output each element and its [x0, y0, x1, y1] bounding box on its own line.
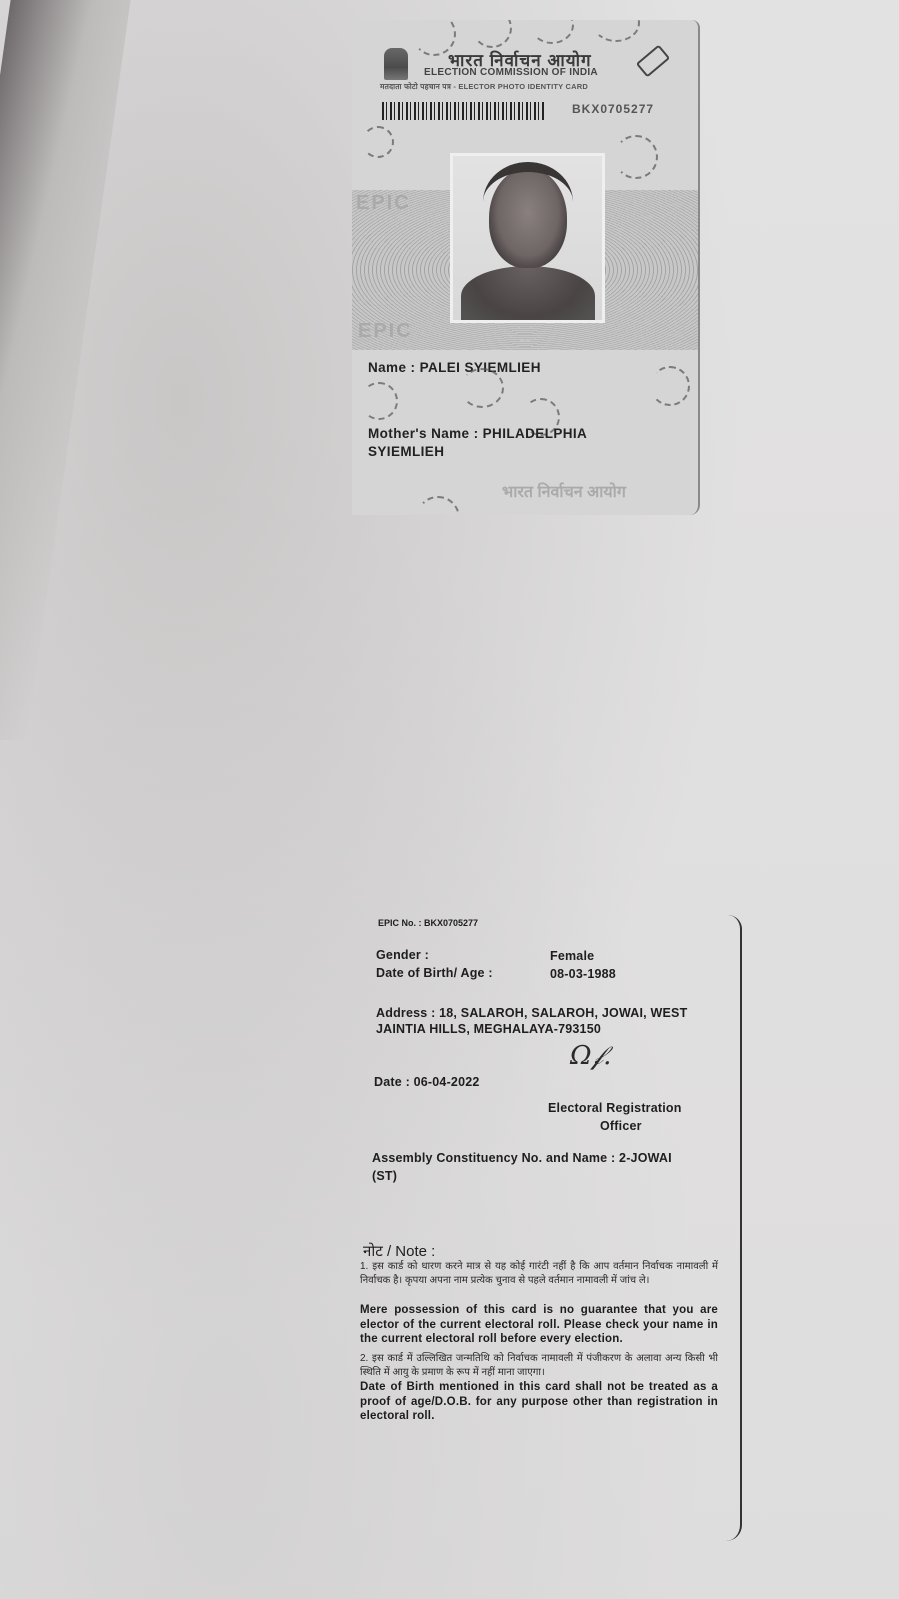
swirl-decoration	[360, 382, 398, 420]
note-title: नोट / Note :	[363, 1241, 435, 1261]
epic-watermark: EPIC	[358, 320, 413, 343]
swirl-decoration	[650, 366, 690, 406]
officer-signature: Ω𝒻.	[570, 1041, 611, 1072]
barcode	[382, 102, 546, 120]
dob-value: 08-03-1988	[550, 967, 616, 981]
gender-value: Female	[550, 949, 594, 963]
constituency-line-2: (ST)	[372, 1169, 397, 1183]
mother-name-value-line2: SYIEMLIEH	[368, 444, 444, 459]
note-2-hindi: 2. इस कार्ड में उल्लिखित जन्मतिथि को निर…	[360, 1352, 718, 1380]
name-label: Name :	[368, 360, 415, 375]
epic-card-front: भारत निर्वाचन आयोग ELECTION COMMISSION O…	[352, 20, 700, 515]
swirl-decoration	[460, 368, 504, 408]
card-subtitle: मतदाता फोटो पहचान पत्र - ELECTOR PHOTO I…	[380, 82, 588, 92]
evm-logo-icon	[636, 44, 671, 77]
national-emblem-icon	[384, 48, 408, 80]
org-name-english: ELECTION COMMISSION OF INDIA	[424, 67, 598, 78]
issue-date: Date : 06-04-2022	[374, 1075, 480, 1089]
name-field: Name : PALEI SYIEMLIEH	[368, 360, 541, 375]
swirl-decoration	[614, 135, 658, 179]
constituency-line-1: Assembly Constituency No. and Name : 2-J…	[372, 1151, 672, 1165]
mother-name-label: Mother's Name :	[368, 426, 478, 441]
gender-label: Gender :	[376, 948, 429, 962]
address-line-2: JAINTIA HILLS, MEGHALAYA-793150	[376, 1022, 601, 1036]
mother-name-field: Mother's Name : PHILADELPHIA	[368, 426, 587, 441]
swirl-decoration	[472, 20, 512, 48]
epic-number-front: BKX0705277	[572, 102, 654, 116]
officer-title-line2: Officer	[600, 1119, 642, 1133]
mother-name-value-line1: PHILADELPHIA	[483, 426, 588, 441]
swirl-decoration	[362, 126, 394, 158]
hindi-watermark: भारत निर्वाचन आयोग	[502, 480, 626, 502]
officer-title-line1: Electoral Registration	[548, 1101, 682, 1115]
swirl-decoration	[416, 496, 460, 515]
swirl-decoration	[530, 20, 574, 44]
photo-body	[461, 266, 595, 323]
swirl-decoration	[592, 20, 640, 42]
epic-watermark: EPIC	[356, 192, 411, 215]
note-1-english: Mere possession of this card is no guara…	[360, 1303, 718, 1347]
dob-label: Date of Birth/ Age :	[376, 966, 493, 980]
epic-number-back: EPIC No. : BKX0705277	[378, 918, 478, 928]
note-2-english: Date of Birth mentioned in this card sha…	[360, 1380, 718, 1424]
note-1-hindi: 1. इस कार्ड को धारण करने मात्र से यह कोई…	[360, 1260, 718, 1288]
photo-hair	[483, 162, 573, 242]
address-line-1: Address : 18, SALAROH, SALAROH, JOWAI, W…	[376, 1006, 687, 1020]
holder-photo	[450, 153, 605, 323]
epic-card-back: EPIC No. : BKX0705277 Gender : Female Da…	[358, 915, 742, 1541]
